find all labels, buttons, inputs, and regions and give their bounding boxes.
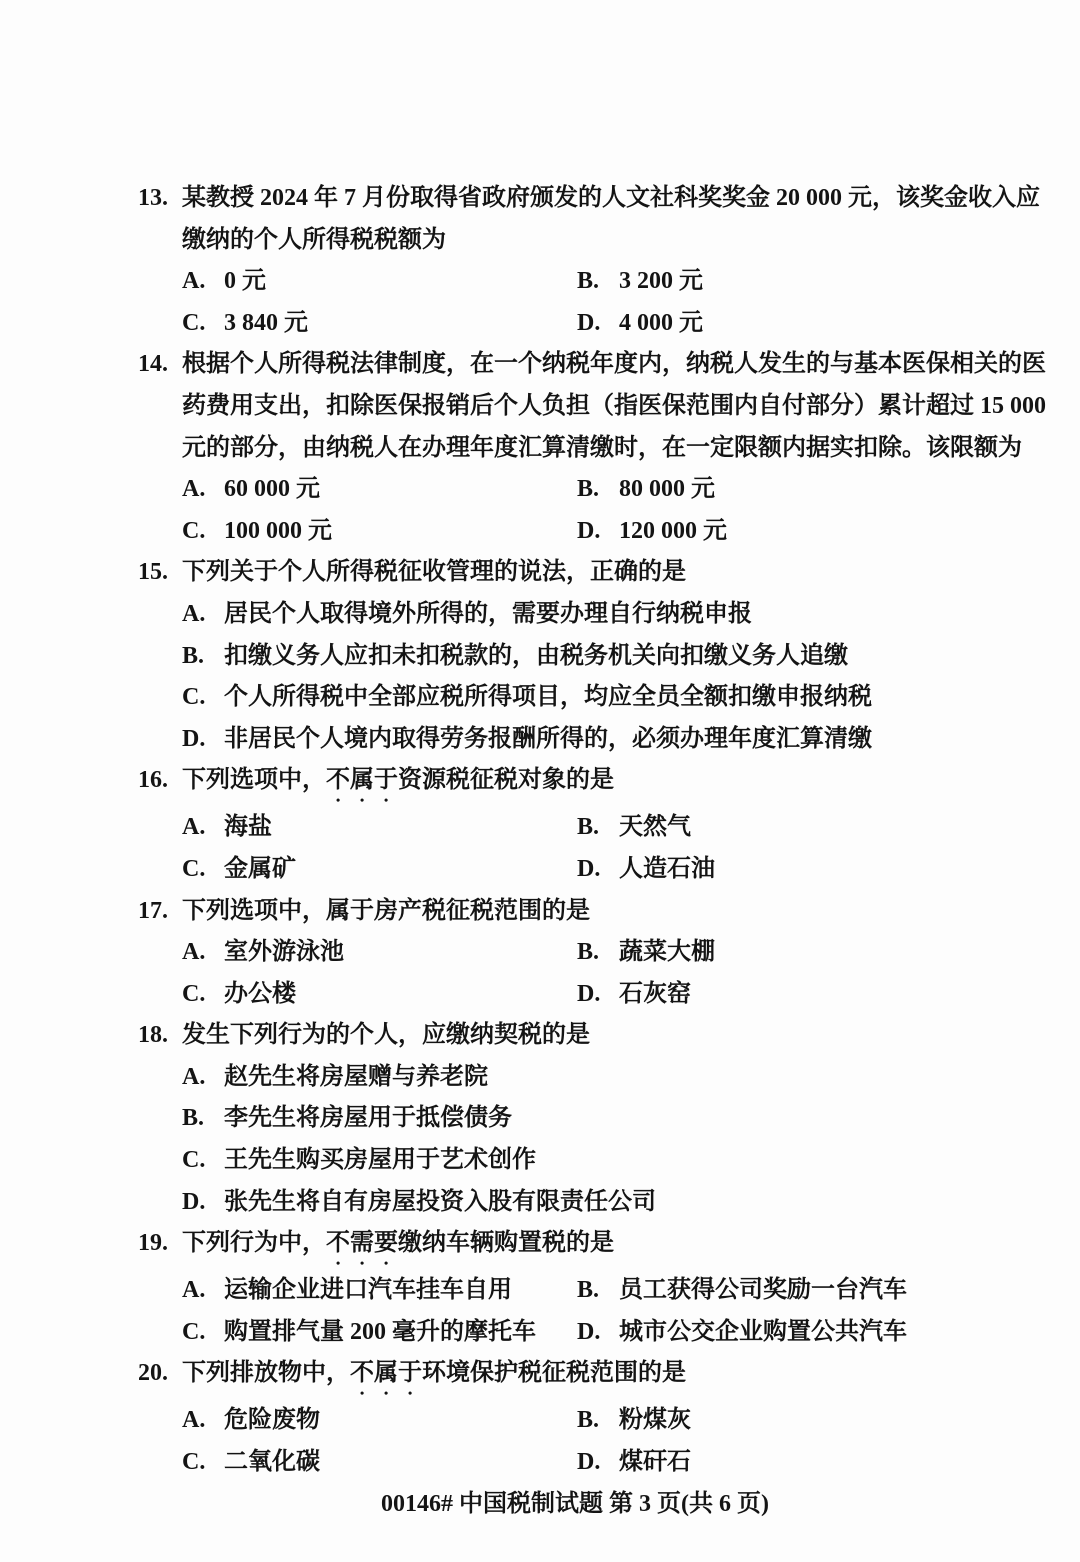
option-label: B.: [577, 1270, 619, 1312]
stem-text: 根据个人所得税法律制度，在一个纳税年度内，纳税人发生的与基本医保相关的医: [182, 351, 1046, 377]
option-text: 危险废物: [224, 1407, 320, 1433]
option-label: D.: [577, 511, 619, 553]
option-text: 赵先生将房屋赠与养老院: [224, 1064, 488, 1090]
question-options: A.居民个人取得境外所得的，需要办理自行纳税申报B.扣缴义务人应扣未扣税款的，由…: [182, 594, 1040, 760]
option-d: D.4 000 元: [577, 303, 1040, 345]
option-text: 张先生将自有房屋投资入股有限责任公司: [224, 1189, 656, 1215]
stem-emphasized-text: 不属于: [326, 767, 398, 793]
option-d: D.城市公交企业购置公共汽车: [577, 1312, 1040, 1354]
question-stem: 下列排放物中，不属于环境保护税征税范围的是: [182, 1353, 1040, 1400]
option-a: A.运输企业进口汽车挂车自用: [182, 1270, 577, 1312]
option-c: C.办公楼: [182, 974, 577, 1016]
stem-text: 资源税征税对象的是: [398, 767, 614, 793]
question: 19. 下列行为中，不需要缴纳车辆购置税的是 A.运输企业进口汽车挂车自用B.员…: [138, 1223, 1040, 1353]
option-text: 3 840 元: [224, 310, 308, 336]
option-text: 员工获得公司奖励一台汽车: [619, 1277, 907, 1303]
option-label: B.: [577, 1400, 619, 1442]
option-label: C.: [182, 677, 224, 719]
option-label: D.: [577, 1312, 619, 1354]
question-number: 20.: [138, 1353, 168, 1395]
option-label: D.: [577, 849, 619, 891]
option-text: 蔬菜大棚: [619, 939, 715, 965]
option-d: D.张先生将自有房屋投资入股有限责任公司: [182, 1182, 1040, 1224]
stem-text: 下列排放物中，: [182, 1360, 350, 1386]
question-options: A.海盐B.天然气C.金属矿D.人造石油: [182, 807, 1040, 890]
option-a: A.室外游泳池: [182, 932, 577, 974]
option-label: C.: [182, 303, 224, 345]
option-text: 金属矿: [224, 856, 296, 882]
option-label: A.: [182, 261, 224, 303]
option-d: D.石灰窑: [577, 974, 1040, 1016]
option-b: B.3 200 元: [577, 261, 1040, 303]
question-options: A.室外游泳池B.蔬菜大棚C.办公楼D.石灰窑: [182, 932, 1040, 1015]
question-number: 15.: [138, 552, 168, 594]
option-text: 二氧化碳: [224, 1449, 320, 1475]
exam-page: 13. 某教授 2024 年 7 月份取得省政府颁发的人文社科奖奖金 20 00…: [0, 0, 1080, 1562]
option-c: C.3 840 元: [182, 303, 577, 345]
option-label: D.: [577, 303, 619, 345]
option-text: 室外游泳池: [224, 939, 344, 965]
question: 20. 下列排放物中，不属于环境保护税征税范围的是 A.危险废物B.粉煤灰C.二…: [138, 1353, 1040, 1483]
question-options: A.0 元B.3 200 元C.3 840 元D.4 000 元: [182, 261, 1040, 344]
option-label: B.: [577, 932, 619, 974]
option-d: D.120 000 元: [577, 511, 1040, 553]
stem-line: 根据个人所得税法律制度，在一个纳税年度内，纳税人发生的与基本医保相关的医: [182, 344, 1040, 386]
stem-line: 元的部分，由纳税人在办理年度汇算清缴时，在一定限额内据实扣除。该限额为: [182, 428, 1040, 470]
option-label: B.: [577, 261, 619, 303]
option-c: C.王先生购买房屋用于艺术创作: [182, 1140, 1040, 1182]
option-d: D.人造石油: [577, 849, 1040, 891]
option-text: 人造石油: [619, 856, 715, 882]
option-label: D.: [182, 719, 224, 761]
stem-emphasized-text: 不属于: [350, 1360, 422, 1386]
option-text: 80 000 元: [619, 476, 715, 502]
option-label: A.: [182, 1400, 224, 1442]
option-b: B.蔬菜大棚: [577, 932, 1040, 974]
stem-line: 发生下列行为的个人，应缴纳契税的是: [182, 1015, 1040, 1057]
option-text: 李先生将房屋用于抵偿债务: [224, 1105, 512, 1131]
option-text: 个人所得税中全部应税所得项目，均应全员全额扣缴申报纳税: [224, 684, 872, 710]
question-stem: 发生下列行为的个人，应缴纳契税的是: [182, 1015, 1040, 1057]
option-label: C.: [182, 511, 224, 553]
option-label: C.: [182, 1140, 224, 1182]
option-c: C.100 000 元: [182, 511, 577, 553]
stem-text: 下列行为中，: [182, 1230, 326, 1256]
option-a: A.海盐: [182, 807, 577, 849]
option-a: A.60 000 元: [182, 469, 577, 511]
option-c: C.金属矿: [182, 849, 577, 891]
option-text: 100 000 元: [224, 518, 332, 544]
question-number: 16.: [138, 760, 168, 802]
option-label: B.: [182, 1098, 224, 1140]
stem-line: 缴纳的个人所得税税额为: [182, 220, 1040, 262]
option-text: 办公楼: [224, 981, 296, 1007]
stem-text: 发生下列行为的个人，应缴纳契税的是: [182, 1022, 590, 1048]
option-a: A.0 元: [182, 261, 577, 303]
option-text: 3 200 元: [619, 268, 703, 294]
stem-line: 下列行为中，不需要缴纳车辆购置税的是: [182, 1223, 1040, 1270]
option-a: A.危险废物: [182, 1400, 577, 1442]
stem-line: 下列选项中，不属于资源税征税对象的是: [182, 760, 1040, 807]
option-c: C.个人所得税中全部应税所得项目，均应全员全额扣缴申报纳税: [182, 677, 1040, 719]
question-number: 17.: [138, 891, 168, 933]
stem-text: 缴纳车辆购置税的是: [398, 1230, 614, 1256]
option-text: 扣缴义务人应扣未扣税款的，由税务机关向扣缴义务人追缴: [224, 643, 848, 669]
stem-emphasized-text: 不需要: [326, 1230, 398, 1256]
question-stem: 根据个人所得税法律制度，在一个纳税年度内，纳税人发生的与基本医保相关的医药费用支…: [182, 344, 1040, 469]
question: 17. 下列选项中，属于房产税征税范围的是 A.室外游泳池B.蔬菜大棚C.办公楼…: [138, 891, 1040, 1016]
option-b: B.员工获得公司奖励一台汽车: [577, 1270, 1040, 1312]
option-text: 石灰窑: [619, 981, 691, 1007]
option-c: C.购置排气量 200 毫升的摩托车: [182, 1312, 577, 1354]
option-a: A.居民个人取得境外所得的，需要办理自行纳税申报: [182, 594, 1040, 636]
question-stem: 某教授 2024 年 7 月份取得省政府颁发的人文社科奖奖金 20 000 元，…: [182, 178, 1040, 261]
option-label: A.: [182, 1057, 224, 1099]
option-label: A.: [182, 1270, 224, 1312]
option-d: D.非居民个人境内取得劳务报酬所得的，必须办理年度汇算清缴: [182, 719, 1040, 761]
option-label: D.: [182, 1182, 224, 1224]
option-label: B.: [182, 636, 224, 678]
stem-line: 下列关于个人所得税征收管理的说法，正确的是: [182, 552, 1040, 594]
question-number: 13.: [138, 178, 168, 220]
option-label: A.: [182, 807, 224, 849]
option-c: C.二氧化碳: [182, 1442, 577, 1484]
option-b: B.天然气: [577, 807, 1040, 849]
question: 13. 某教授 2024 年 7 月份取得省政府颁发的人文社科奖奖金 20 00…: [138, 178, 1040, 344]
question: 15. 下列关于个人所得税征收管理的说法，正确的是 A.居民个人取得境外所得的，…: [138, 552, 1040, 760]
question: 14. 根据个人所得税法律制度，在一个纳税年度内，纳税人发生的与基本医保相关的医…: [138, 344, 1040, 552]
option-text: 煤矸石: [619, 1449, 691, 1475]
stem-line: 药费用支出，扣除医保报销后个人负担（指医保范围内自付部分）累计超过 15 000: [182, 386, 1040, 428]
stem-text: 元的部分，由纳税人在办理年度汇算清缴时，在一定限额内据实扣除。该限额为: [182, 435, 1022, 461]
question: 16. 下列选项中，不属于资源税征税对象的是 A.海盐B.天然气C.金属矿D.人…: [138, 760, 1040, 890]
page-footer: 00146# 中国税制试题 第 3 页(共 6 页): [35, 1484, 1080, 1526]
question-number: 14.: [138, 344, 168, 386]
option-label: D.: [577, 974, 619, 1016]
question-options: A.60 000 元B.80 000 元C.100 000 元D.120 000…: [182, 469, 1040, 552]
stem-line: 下列选项中，属于房产税征税范围的是: [182, 891, 1040, 933]
option-label: D.: [577, 1442, 619, 1484]
option-a: A.赵先生将房屋赠与养老院: [182, 1057, 1040, 1099]
question-list: 13. 某教授 2024 年 7 月份取得省政府颁发的人文社科奖奖金 20 00…: [138, 178, 1040, 1484]
option-label: A.: [182, 469, 224, 511]
option-label: A.: [182, 932, 224, 974]
question-options: A.危险废物B.粉煤灰C.二氧化碳D.煤矸石: [182, 1400, 1040, 1483]
question-stem: 下列行为中，不需要缴纳车辆购置税的是: [182, 1223, 1040, 1270]
stem-text: 下列选项中，: [182, 767, 326, 793]
question-number: 19.: [138, 1223, 168, 1265]
option-text: 居民个人取得境外所得的，需要办理自行纳税申报: [224, 601, 752, 627]
option-text: 60 000 元: [224, 476, 320, 502]
option-text: 4 000 元: [619, 310, 703, 336]
question-stem: 下列选项中，属于房产税征税范围的是: [182, 891, 1040, 933]
stem-text: 下列选项中，属于房产税征税范围的是: [182, 898, 590, 924]
option-text: 天然气: [619, 814, 691, 840]
stem-line: 某教授 2024 年 7 月份取得省政府颁发的人文社科奖奖金 20 000 元，…: [182, 178, 1040, 220]
question-options: A.运输企业进口汽车挂车自用B.员工获得公司奖励一台汽车C.购置排气量 200 …: [182, 1270, 1040, 1353]
option-label: C.: [182, 1312, 224, 1354]
option-b: B.粉煤灰: [577, 1400, 1040, 1442]
option-label: B.: [577, 469, 619, 511]
option-label: B.: [577, 807, 619, 849]
option-b: B.李先生将房屋用于抵偿债务: [182, 1098, 1040, 1140]
option-text: 120 000 元: [619, 518, 727, 544]
question-stem: 下列关于个人所得税征收管理的说法，正确的是: [182, 552, 1040, 594]
option-text: 王先生购买房屋用于艺术创作: [224, 1147, 536, 1173]
option-text: 运输企业进口汽车挂车自用: [224, 1277, 512, 1303]
option-text: 城市公交企业购置公共汽车: [619, 1319, 907, 1345]
question-number: 18.: [138, 1015, 168, 1057]
stem-text: 下列关于个人所得税征收管理的说法，正确的是: [182, 559, 686, 585]
option-label: C.: [182, 849, 224, 891]
stem-text: 某教授 2024 年 7 月份取得省政府颁发的人文社科奖奖金 20 000 元，…: [182, 185, 1040, 211]
stem-text: 药费用支出，扣除医保报销后个人负担（指医保范围内自付部分）累计超过 15 000: [182, 393, 1046, 419]
question: 18. 发生下列行为的个人，应缴纳契税的是 A.赵先生将房屋赠与养老院B.李先生…: [138, 1015, 1040, 1223]
option-b: B.80 000 元: [577, 469, 1040, 511]
option-label: C.: [182, 1442, 224, 1484]
stem-text: 缴纳的个人所得税税额为: [182, 227, 446, 253]
stem-text: 环境保护税征税范围的是: [422, 1360, 686, 1386]
stem-line: 下列排放物中，不属于环境保护税征税范围的是: [182, 1353, 1040, 1400]
question-stem: 下列选项中，不属于资源税征税对象的是: [182, 760, 1040, 807]
option-b: B.扣缴义务人应扣未扣税款的，由税务机关向扣缴义务人追缴: [182, 636, 1040, 678]
question-options: A.赵先生将房屋赠与养老院B.李先生将房屋用于抵偿债务C.王先生购买房屋用于艺术…: [182, 1057, 1040, 1223]
option-label: C.: [182, 974, 224, 1016]
option-label: A.: [182, 594, 224, 636]
footer-text: 00146# 中国税制试题 第 3 页(共 6 页): [381, 1491, 769, 1517]
option-text: 0 元: [224, 268, 266, 294]
option-d: D.煤矸石: [577, 1442, 1040, 1484]
option-text: 非居民个人境内取得劳务报酬所得的，必须办理年度汇算清缴: [224, 726, 872, 752]
option-text: 购置排气量 200 毫升的摩托车: [224, 1319, 536, 1345]
option-text: 粉煤灰: [619, 1407, 691, 1433]
option-text: 海盐: [224, 814, 272, 840]
